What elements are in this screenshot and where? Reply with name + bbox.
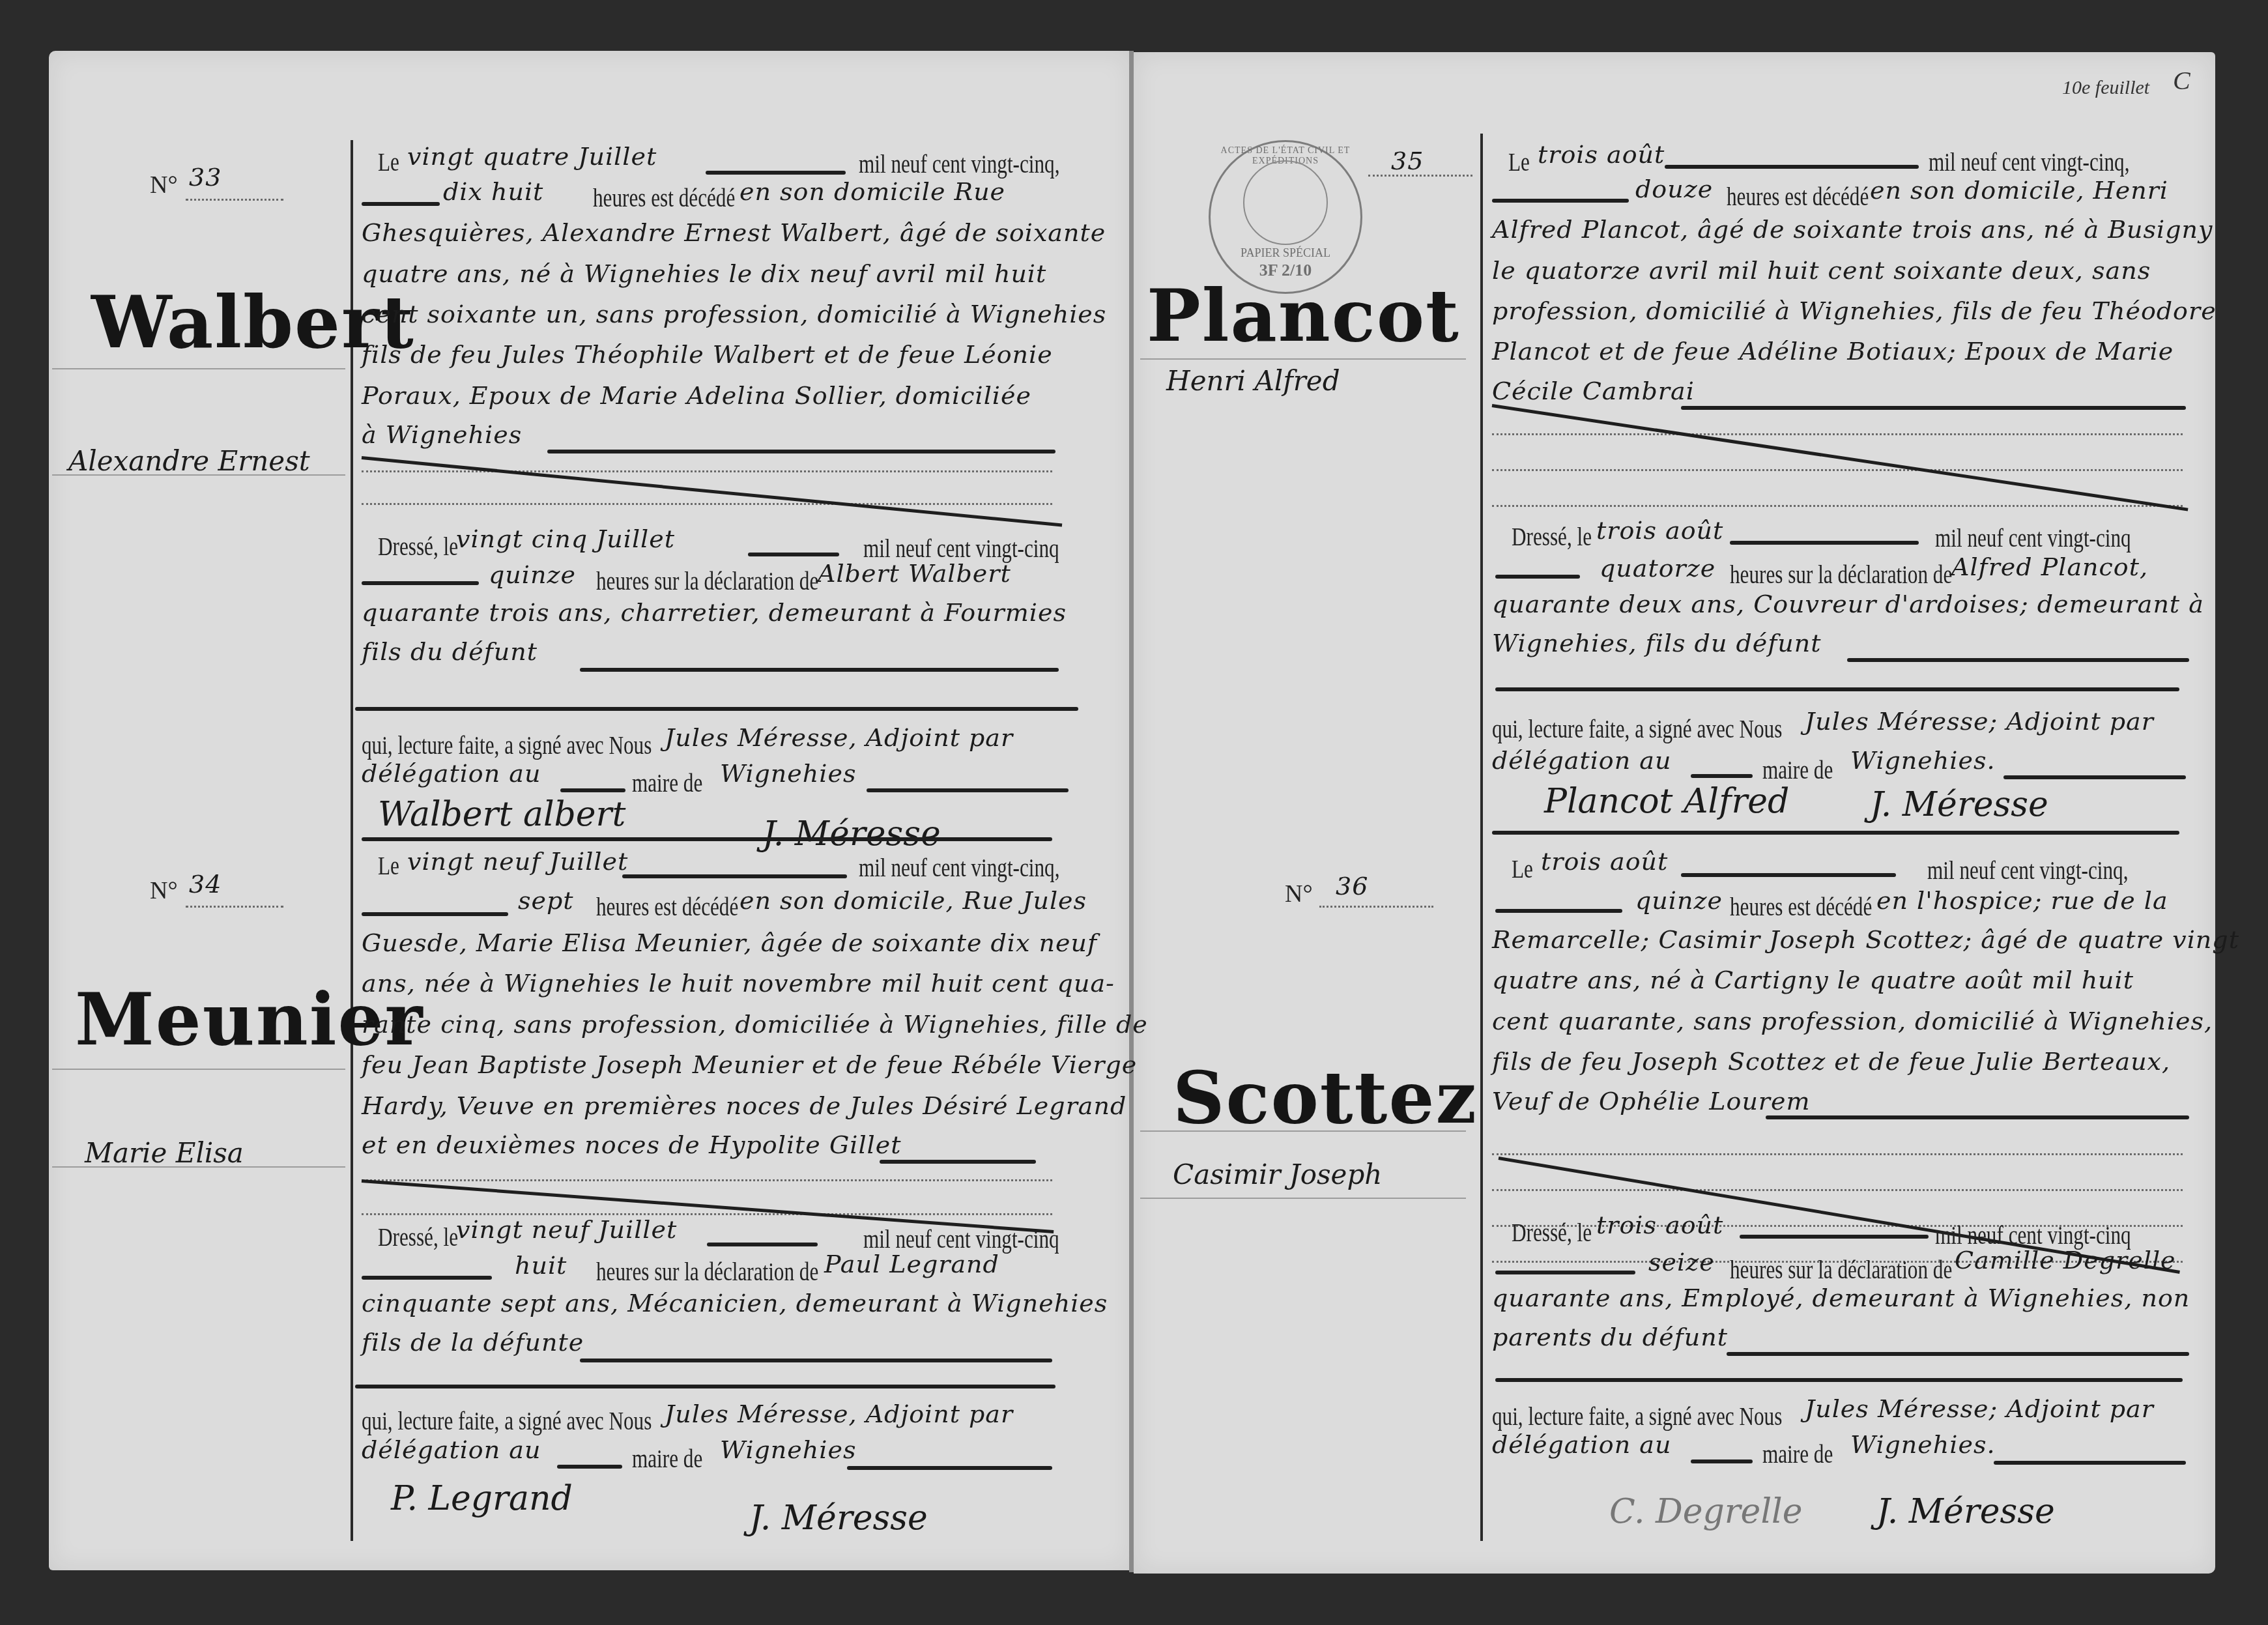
death-date: trois août	[1538, 140, 1665, 169]
fill-bar	[748, 553, 839, 556]
fill-bar	[1766, 1115, 2189, 1119]
surname: Scottez	[1173, 1056, 1478, 1140]
rule	[52, 474, 345, 476]
printed-declaration: heures sur la déclaration de	[1730, 1254, 1952, 1285]
officer-name: Jules Méresse; Adjoint par	[1805, 1394, 2154, 1423]
death-text-line: Plancot et de feue Adéline Botiaux; Epou…	[1492, 337, 2174, 366]
delegation-text: délégation au	[362, 759, 541, 788]
signature-declarant: Walbert albert	[378, 795, 625, 834]
given-names: Henri Alfred	[1166, 365, 1340, 397]
rule	[52, 1069, 345, 1070]
death-text-line: le quatorze avril mil huit cent soixante…	[1492, 256, 2151, 285]
fill-bar	[2003, 775, 2186, 779]
fill-bar	[560, 788, 625, 792]
stamp-label: PAPIER SPÉCIAL	[1211, 246, 1360, 260]
margin-rule-left-top	[351, 140, 353, 857]
declarant-name: Camille Degrelle	[1955, 1246, 2176, 1274]
declarant-name: Albert Walbert	[818, 559, 1011, 588]
printed-le: Le	[1512, 854, 1533, 884]
entry-number: 35	[1391, 147, 1424, 175]
blank-line	[1492, 433, 2183, 435]
printed-qui-lecture: qui, lecture faite, a signé avec Nous	[1492, 713, 1782, 744]
printed-heures: heures est décédé	[596, 891, 738, 922]
fill-bar	[1495, 1378, 2183, 1382]
entry-number-label: N°	[1285, 880, 1313, 908]
commune: Wignehies.	[1850, 1430, 1996, 1459]
entry-number: 34	[189, 870, 222, 899]
drawn-date: trois août	[1596, 516, 1723, 545]
fill-bar	[580, 1359, 1052, 1362]
death-text-line: profession, domicilié à Wignehies, fils …	[1492, 296, 2217, 325]
delegation-text: délégation au	[362, 1435, 541, 1464]
printed-maire: maire de	[632, 768, 702, 798]
printed-year: mil neuf cent vingt-cinq,	[1929, 147, 2129, 177]
death-text-line: fils de feu Joseph Scottez et de feue Ju…	[1492, 1047, 2170, 1076]
signature-declarant: P. Legrand	[391, 1479, 573, 1518]
book-gutter	[1129, 51, 1134, 1572]
number-line	[186, 906, 283, 908]
death-hour: sept	[518, 886, 574, 915]
death-date: vingt quatre Juillet	[407, 142, 657, 171]
declarant-text: quarante trois ans, charretier, demeuran…	[362, 598, 1067, 627]
fill-bar	[847, 1466, 1052, 1470]
signature-declarant: C. Degrelle	[1609, 1492, 1802, 1531]
number-line	[186, 199, 283, 201]
fill-bar	[1665, 165, 1919, 169]
signature-officer: J. Méresse	[762, 814, 941, 854]
fill-bar	[1847, 658, 2189, 662]
printed-heures: heures est décédé	[1730, 891, 1872, 922]
fill-bar	[1495, 1271, 1635, 1274]
death-date: trois août	[1541, 847, 1668, 876]
death-date: vingt neuf Juillet	[407, 847, 628, 876]
marianne-emblem-icon	[1243, 160, 1328, 245]
printed-dresse: Dressé, le	[378, 1222, 458, 1252]
given-names: Marie Elisa	[85, 1137, 244, 1169]
printed-year: mil neuf cent vingt-cinq,	[1927, 855, 2128, 885]
fill-bar	[362, 1276, 492, 1280]
fill-bar	[1681, 873, 1896, 877]
signature-declarant: Plancot Alfred	[1544, 782, 1789, 821]
rule	[1140, 1198, 1466, 1199]
fill-bar	[355, 707, 1078, 711]
death-text-line: Remarcelle; Casimir Joseph Scottez; âgé …	[1492, 925, 2239, 954]
printed-maire: maire de	[1762, 755, 1833, 785]
printed-maire: maire de	[632, 1443, 702, 1474]
fill-bar	[880, 1160, 1036, 1164]
fill-bar	[1681, 406, 2186, 410]
declarant-name: Alfred Plancot,	[1951, 553, 2148, 581]
death-text-line: à Wignehies	[362, 420, 522, 449]
drawn-hour: quinze	[489, 560, 576, 589]
fill-bar	[580, 668, 1059, 672]
death-hour: quinze	[1635, 886, 1723, 915]
fill-bar	[547, 450, 1055, 453]
fill-bar	[1691, 1460, 1753, 1463]
printed-le: Le	[378, 147, 399, 177]
rule	[52, 368, 345, 369]
rule	[52, 1166, 345, 1168]
drawn-date: vingt neuf Juillet	[456, 1215, 677, 1244]
printed-year: mil neuf cent vingt-cinq,	[859, 149, 1059, 179]
commune: Wignehies.	[1850, 746, 1996, 775]
fill-bar	[1492, 199, 1629, 203]
signature-officer: J. Méresse	[749, 1499, 928, 1538]
officer-name: Jules Méresse; Adjoint par	[1805, 707, 2154, 736]
commune: Wignehies	[720, 1435, 856, 1464]
printed-declaration: heures sur la déclaration de	[1730, 559, 1952, 590]
delegation-text: délégation au	[1492, 1430, 1671, 1459]
death-text-line: Poraux, Epoux de Marie Adelina Sollier, …	[362, 381, 1031, 410]
fill-bar	[362, 202, 440, 206]
fill-bar	[362, 912, 508, 916]
fill-bar	[1495, 575, 1580, 579]
entry-separator	[1492, 831, 2179, 835]
folio-number: 10e feuillet	[2062, 77, 2149, 99]
drawn-date: vingt cinq Juillet	[456, 525, 675, 553]
officer-name: Jules Méresse, Adjoint par	[665, 723, 1013, 752]
death-text-line: en l'hospice; rue de la	[1876, 886, 2168, 915]
death-text-line: Guesde, Marie Elisa Meunier, âgée de soi…	[362, 928, 1097, 957]
death-hour: douze	[1635, 175, 1713, 203]
fill-bar	[622, 874, 847, 878]
officer-name: Jules Méresse, Adjoint par	[665, 1400, 1013, 1428]
death-text-line: en son domicile, Rue Jules	[739, 886, 1087, 915]
drawn-date: trois août	[1596, 1211, 1723, 1239]
blank-line	[362, 470, 1052, 472]
death-text-line: quatre ans, né à Wignehies le dix neuf a…	[362, 259, 1046, 288]
printed-year: mil neuf cent vingt-cinq,	[859, 852, 1059, 883]
drawn-hour: seize	[1648, 1248, 1715, 1276]
entry-number-label: N°	[150, 876, 178, 905]
given-names: Alexandre Ernest	[68, 445, 310, 477]
fill-bar	[1691, 774, 1753, 778]
declarant-text: Wignehies, fils du défunt	[1492, 629, 1822, 657]
number-line	[1319, 906, 1433, 908]
blank-line	[1492, 505, 2183, 507]
fill-bar	[1740, 1235, 1929, 1239]
fiscal-stamp: ACTES DE L'ÉTAT CIVIL ET EXPÉDITIONS PAP…	[1209, 140, 1362, 294]
number-line	[1368, 175, 1472, 177]
declarant-text: fils du défunt	[362, 637, 538, 666]
blank-line	[362, 1179, 1052, 1181]
declarant-text: parents du défunt	[1492, 1323, 1728, 1351]
margin-rule-right-bottom	[1480, 841, 1483, 1541]
death-text-line: Alfred Plancot, âgé de soixante trois an…	[1492, 215, 2213, 244]
fill-bar	[355, 1385, 1055, 1388]
signature-officer: J. Méresse	[1870, 785, 2048, 824]
death-text-line: en son domicile Rue	[739, 177, 1005, 206]
death-text-line: Hardy, Veuve en premières noces de Jules…	[362, 1091, 1127, 1120]
death-text-line: Veuf de Ophélie Lourет	[1492, 1087, 1811, 1115]
fill-bar	[1495, 687, 2179, 691]
declarant-text: quarante deux ans, Couvreur d'ardoises; …	[1492, 590, 2204, 618]
fill-bar	[706, 171, 846, 175]
printed-declaration: heures sur la déclaration de	[596, 566, 818, 596]
death-text-line: Cécile Cambrai	[1492, 377, 1695, 405]
fill-bar	[1727, 1352, 2189, 1356]
death-text-line: cent soixante un, sans profession, domic…	[362, 300, 1106, 328]
declarant-text: quarante ans, Employé, demeurant à Wigne…	[1492, 1284, 2190, 1312]
death-text-line: fils de feu Jules Théophile Walbert et d…	[362, 340, 1053, 369]
fill-bar	[867, 788, 1069, 792]
drawn-hour: huit	[515, 1251, 567, 1280]
printed-le: Le	[378, 850, 399, 881]
printed-le: Le	[1508, 147, 1530, 177]
entry-number: 33	[189, 163, 222, 192]
blank-line	[1492, 1153, 2183, 1155]
fill-bar	[1495, 909, 1622, 913]
rule	[1140, 358, 1466, 360]
printed-qui-lecture: qui, lecture faite, a signé avec Nous	[362, 1405, 652, 1436]
death-text-line: cent quarante, sans profession, domicili…	[1492, 1007, 2213, 1035]
death-text-line: feu Jean Baptiste Joseph Meunier et de f…	[362, 1050, 1137, 1079]
printed-year: mil neuf cent vingt-cinq	[1935, 523, 2131, 553]
fill-bar	[1994, 1461, 2186, 1465]
delegation-text: délégation au	[1492, 746, 1671, 775]
entry-number: 36	[1336, 872, 1368, 900]
printed-qui-lecture: qui, lecture faite, a signé avec Nous	[1492, 1401, 1782, 1431]
rule	[1140, 1130, 1466, 1132]
death-text-line: et en deuxièmes noces de Hypolite Gillet	[362, 1130, 901, 1159]
fill-bar	[707, 1243, 818, 1246]
printed-dresse: Dressé, le	[1512, 1217, 1592, 1248]
surname: Plancot	[1147, 274, 1460, 358]
given-names: Casimir Joseph	[1173, 1158, 1382, 1190]
death-text-line: Ghesquières, Alexandre Ernest Walbert, â…	[362, 218, 1106, 247]
blank-line	[362, 503, 1052, 505]
entry-separator	[362, 837, 1052, 841]
drawn-hour: quatorze	[1600, 554, 1715, 582]
signature-officer: J. Méresse	[1876, 1492, 2055, 1531]
printed-maire: maire de	[1762, 1439, 1833, 1469]
margin-rule-right-top	[1480, 134, 1483, 857]
printed-dresse: Dressé, le	[1512, 521, 1592, 552]
fill-bar	[1730, 541, 1919, 545]
printed-qui-lecture: qui, lecture faite, a signé avec Nous	[362, 730, 652, 760]
blank-line	[1492, 469, 2183, 471]
fill-bar	[557, 1465, 622, 1469]
printed-heures: heures est décédé	[593, 182, 735, 213]
printed-heures: heures est décédé	[1727, 181, 1869, 212]
printed-dresse: Dressé, le	[378, 531, 458, 562]
fill-bar	[362, 581, 479, 585]
death-hour: dix huit	[443, 177, 543, 206]
margin-rule-left-bottom	[351, 841, 353, 1541]
death-text-line: quatre ans, né à Cartigny le quatre août…	[1492, 966, 2134, 994]
declarant-text: fils de la défunte	[362, 1328, 584, 1357]
declarant-text: cinquante sept ans, Mécanicien, demeuran…	[362, 1289, 1108, 1317]
commune: Wignehies	[720, 759, 856, 788]
declarant-name: Paul Legrand	[824, 1250, 999, 1278]
death-text-line: en son domicile, Henri	[1870, 176, 2168, 205]
entry-number-label: N°	[150, 171, 178, 199]
folio-mark: C	[2173, 65, 2190, 96]
printed-declaration: heures sur la déclaration de	[596, 1256, 818, 1287]
blank-line	[1492, 1189, 2183, 1191]
death-text-line: rante cinq, sans profession, domiciliée …	[362, 1010, 1148, 1039]
death-text-line: ans, née à Wignehies le huit novembre mi…	[362, 969, 1115, 998]
